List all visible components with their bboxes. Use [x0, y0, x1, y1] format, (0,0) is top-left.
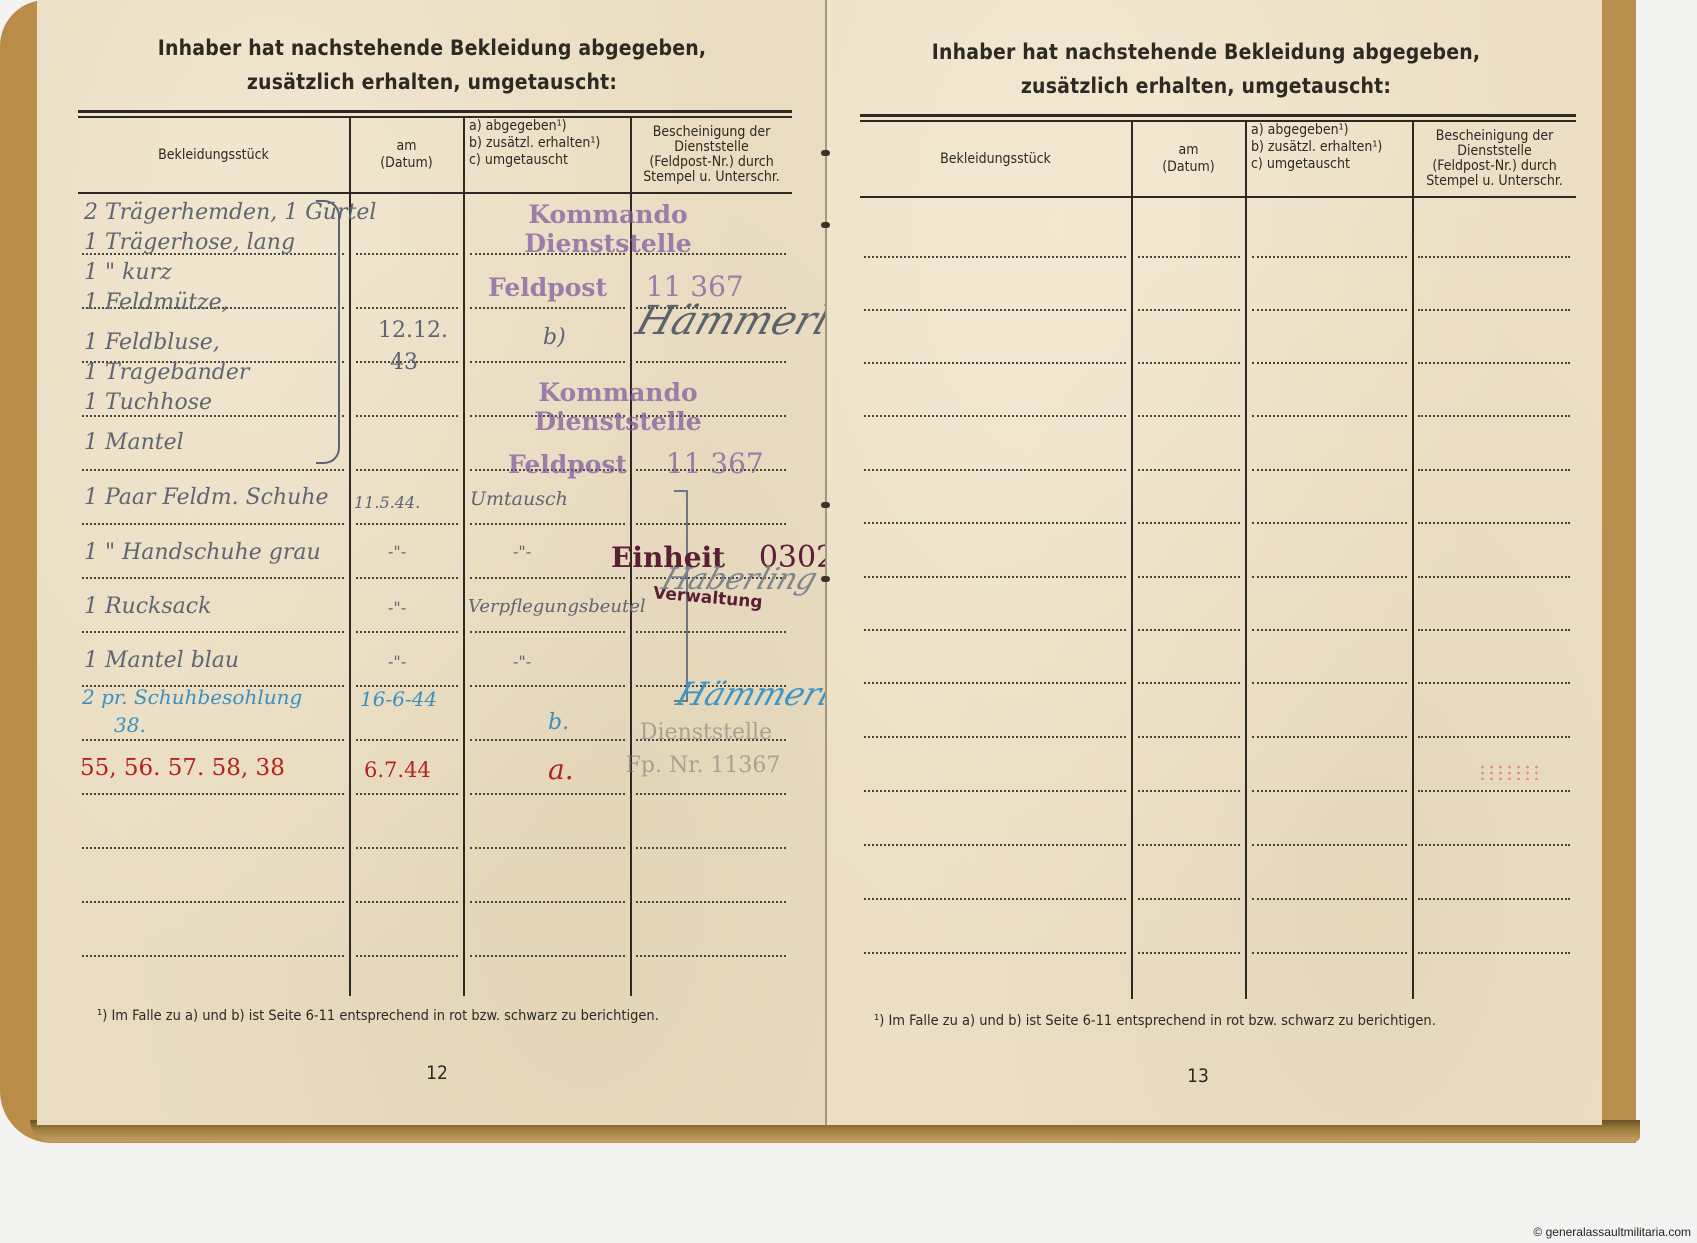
date-header-line2: (Datum) [1162, 159, 1214, 176]
entry-date: -"- [388, 598, 406, 617]
entry-date: 16-6-44 [360, 687, 437, 711]
column-header-date: am (Datum) [350, 118, 463, 192]
stamp-number: 11 367 [666, 447, 764, 480]
stamp-text: Feldpost [508, 450, 627, 479]
stamp-text: Feldpost [488, 273, 607, 302]
group-date-line2: 43 [390, 350, 418, 375]
cert-header-line2: Dienststelle [1457, 144, 1531, 159]
stamp-text: Kommando [508, 200, 708, 229]
entry-date: -"- [388, 542, 406, 561]
entry-action: -"- [513, 542, 531, 561]
action-header-c: c) umgetauscht [469, 152, 568, 169]
entry-item: 1 Tragebänder [84, 360, 249, 385]
entry-item-line2: 38. [114, 713, 146, 737]
date-header-line1: am [397, 138, 417, 155]
footnote: ¹) Im Falle zu a) und b) ist Seite 6-11 … [874, 1013, 1436, 1029]
binding-stitch [821, 150, 830, 156]
entry-item: 1 " kurz [84, 260, 172, 285]
entry-date: -"- [388, 652, 406, 671]
entry-action: b. [548, 710, 569, 735]
column-header-date: am (Datum) [1132, 122, 1245, 196]
column-header-item: Bekleidungsstück [860, 122, 1131, 196]
grouping-brace [316, 200, 340, 464]
entry-item: 1 Paar Feldm. Schuhe [84, 485, 329, 510]
action-header-a: a) abgegeben¹) [469, 118, 567, 135]
group-action: b) [543, 325, 566, 350]
right-page: Inhaber hat nachstehende Bekleidung abge… [826, 0, 1602, 1125]
column-header-certification: Bescheinigung der Dienststelle (Feldpost… [631, 118, 792, 192]
entry-item: 1 Trägerhose, lang [84, 230, 295, 255]
dienststelle-stamp-fpnr: Fp. Nr. 11367 [613, 753, 793, 778]
entry-item: 1 Tuchhose [84, 390, 212, 415]
binding-stitch [821, 502, 830, 508]
cert-header-line4: Stempel u. Unterschr. [643, 170, 780, 185]
page-gutter [825, 0, 827, 1125]
cert-header-line3: (Feldpost-Nr.) durch [649, 155, 773, 170]
cert-header-line1: Bescheinigung der [1436, 129, 1554, 144]
page-title-line1: Inhaber hat nachstehende Bekleidung abge… [77, 30, 787, 66]
page-number: 13 [1168, 1065, 1228, 1087]
entry-item: 1 " Handschuhe grau [84, 540, 321, 565]
entry-action: a. [548, 753, 574, 786]
binding-stitch [821, 576, 830, 582]
copyright-credit: © generalassaultmilitaria.com [1533, 1225, 1691, 1239]
faint-red-mark [1478, 764, 1538, 780]
entry-date: 6.7.44 [364, 758, 431, 782]
footnote: ¹) Im Falle zu a) und b) ist Seite 6-11 … [97, 1008, 659, 1024]
page-title-line2: zusätzlich erhalten, umgetauscht: [77, 64, 787, 100]
stamp-text: Dienststelle [518, 407, 718, 436]
entry-action: Umtausch [470, 488, 568, 510]
cert-header-line1: Bescheinigung der [653, 125, 771, 140]
date-header-line2: (Datum) [380, 155, 432, 172]
entry-item: 1 Feldmütze, [84, 290, 229, 315]
column-header-action: a) abgegeben¹) b) zusätzl. erhalten¹) c)… [469, 118, 631, 192]
group-date-line1: 12.12. [378, 318, 448, 343]
page-title-line2: zusätzlich erhalten, umgetauscht: [856, 68, 1556, 104]
stamp-text: Kommando [518, 378, 718, 407]
dienststelle-stamp: Dienststelle [626, 720, 786, 745]
action-header-b: b) zusätzl. erhalten¹) [1251, 139, 1382, 156]
entry-item: 1 Rucksack [84, 594, 211, 619]
page-title-line1: Inhaber hat nachstehende Bekleidung abge… [856, 34, 1556, 70]
clothing-table-right: Bekleidungsstück am (Datum) a) abgegeben… [860, 114, 1576, 1001]
signature-pencil-2: Haberling [657, 562, 821, 597]
date-header-line1: am [1179, 142, 1199, 159]
kommando-stamp-1: Kommando Dienststelle [508, 200, 708, 258]
kommando-stamp-2: Kommando Dienststelle [518, 378, 718, 436]
cert-header-line4: Stempel u. Unterschr. [1426, 174, 1563, 189]
column-header-item: Bekleidungsstück [78, 118, 349, 192]
action-header-a: a) abgegeben¹) [1251, 122, 1349, 139]
stamp-text: Dienststelle [508, 229, 708, 258]
entry-item: 2 pr. Schuhbesohlung [82, 685, 302, 709]
entry-date: 11.5.44. [354, 493, 420, 512]
column-header-certification: Bescheinigung der Dienststelle (Feldpost… [1413, 122, 1576, 196]
entry-item: 1 Feldbluse, [84, 330, 220, 355]
clothing-table-left: Bekleidungsstück am (Datum) a) abgegeben… [78, 110, 792, 998]
kommando-stamp-2-feldpost: Feldpost 11 367 [508, 447, 764, 480]
cert-header-line2: Dienststelle [674, 140, 748, 155]
action-header-c: c) umgetauscht [1251, 156, 1350, 173]
page-number: 12 [407, 1062, 467, 1084]
binding-stitch [821, 222, 830, 228]
cert-header-line3: (Feldpost-Nr.) durch [1432, 159, 1556, 174]
entry-item: 1 Mantel [84, 430, 184, 455]
action-header-b: b) zusätzl. erhalten¹) [469, 135, 600, 152]
entry-action: -"- [513, 652, 531, 671]
entry-item: 1 Mantel blau [84, 648, 239, 673]
entry-action: Verpflegungsbeutel [468, 596, 646, 617]
left-page: Inhaber hat nachstehende Bekleidung abge… [37, 0, 826, 1125]
entry-item: 55, 56. 57. 58, 38 [80, 755, 285, 781]
column-header-action: a) abgegeben¹) b) zusätzl. erhalten¹) c)… [1251, 122, 1413, 196]
